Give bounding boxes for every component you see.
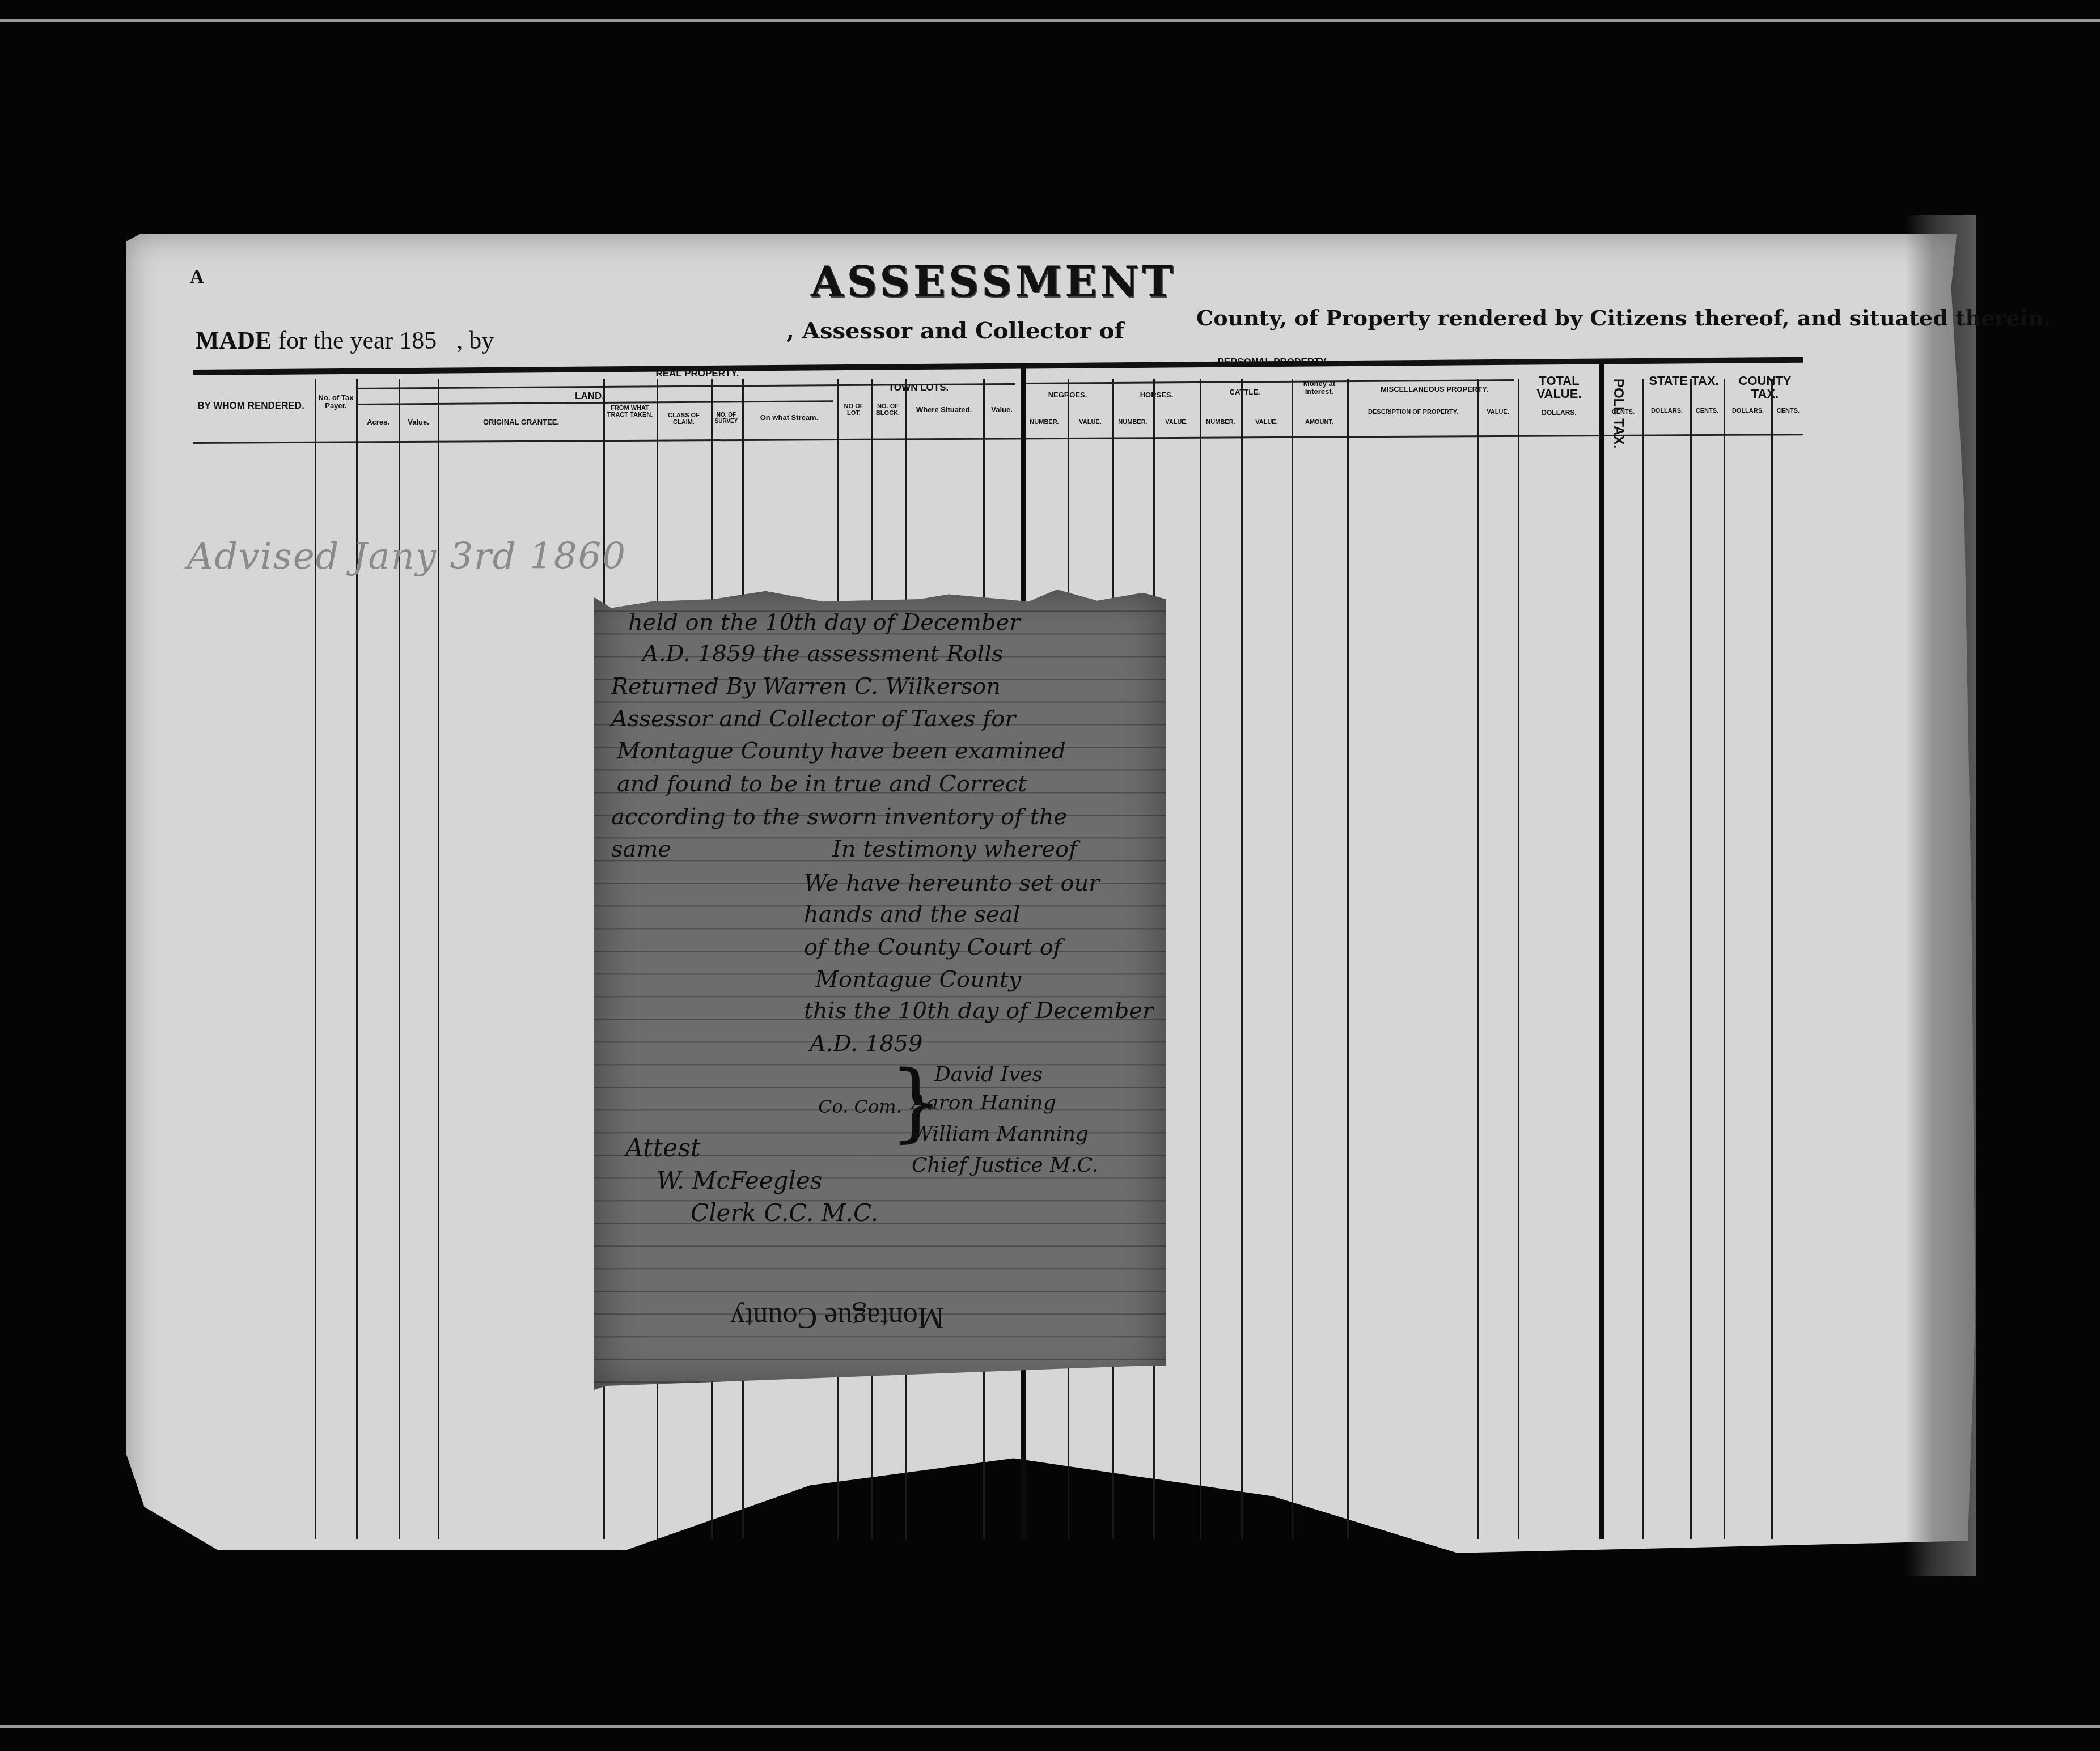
assessor-collector-label: , Assessor and Collector of (786, 317, 1124, 344)
note-line: hands and the seal (804, 901, 1020, 927)
col-no-of-survey: NO. OF SURVEY (712, 413, 741, 425)
made-for-year-line: MADE for the year 185 , by (196, 326, 494, 355)
col-on-what-stream: On what Stream. (743, 414, 836, 422)
corner-mark: A (190, 266, 204, 288)
note-line: We have hereunto set our (804, 870, 1099, 896)
land-header: LAND. (533, 391, 646, 401)
column-line (1477, 379, 1479, 1539)
upside-down-endorsement: Montague County (730, 1301, 944, 1334)
note-line: according to the sworn inventory of the (611, 804, 1067, 830)
note-line: this the 10th day of December (804, 998, 1153, 1024)
year-phrase: for the year 185 (278, 327, 437, 354)
col-horses: HORSES. (1114, 391, 1199, 399)
cattle-value: VALUE. (1242, 419, 1291, 426)
horses-number: NUMBER. (1113, 419, 1152, 426)
column-line (1724, 379, 1725, 1539)
col-by-whom-rendered: BY WHOM RENDERED. (187, 401, 315, 411)
col-class-of-claim: CLASS OF CLAIM. (658, 413, 710, 426)
money-amount: AMOUNT. (1293, 419, 1346, 426)
column-line (1292, 379, 1293, 1539)
misc-description: DESCRIPTION OF PROPERTY. (1349, 409, 1477, 416)
column-line (1690, 379, 1692, 1539)
real-property-header: REAL PROPERTY. (612, 368, 782, 379)
film-frame-bottom-line (0, 1725, 2100, 1728)
made-label: MADE (196, 327, 272, 354)
col-no-tax-payer: No. of Tax Payer. (317, 394, 354, 409)
clerk-name: W. McFeegles (657, 1167, 822, 1194)
column-line (1347, 379, 1349, 1539)
col-no-of-block: NO. OF BLOCK. (872, 404, 904, 417)
note-line: Assessor and Collector of Taxes for (611, 706, 1015, 732)
col-lot-value: Value. (984, 406, 1020, 414)
note-line: and found to be in true and Correct (617, 771, 1027, 797)
col-original-grantee: ORIGINAL GRANTEE. (439, 418, 603, 426)
column-line (1518, 379, 1519, 1539)
negroes-number: NUMBER. (1022, 419, 1066, 426)
note-line: Returned By Warren C. Wilkerson (611, 673, 1001, 699)
column-line (1200, 379, 1201, 1539)
col-county-tax: COUNTY TAX. (1725, 374, 1805, 400)
attest-label: Attest (625, 1134, 701, 1163)
note-line: same (611, 836, 671, 862)
note-line: Montague County (815, 966, 1021, 993)
note-line: of the County Court of (804, 934, 1062, 960)
column-line (1642, 379, 1644, 1539)
pasted-certification-note: held on the 10th day of December A.D. 18… (594, 590, 1166, 1390)
col-where-situated: Where Situated. (906, 406, 982, 414)
negroes-value: VALUE. (1069, 419, 1112, 426)
signatory: David Ives (934, 1063, 1043, 1086)
col-land-value: Value. (400, 418, 437, 426)
cattle-number: NUMBER. (1201, 419, 1240, 426)
document-title: ASSESSMENT (811, 258, 1176, 307)
county-dollars: DOLLARS. (1725, 408, 1771, 415)
col-money-at-interest: Money at Interest. (1293, 380, 1346, 395)
col-total-value: TOTAL VALUE. (1519, 374, 1599, 400)
film-frame-top-line (0, 19, 2100, 22)
column-line-thick (1599, 363, 1604, 1539)
col-no-of-lot: NO OF LOT. (837, 404, 870, 417)
misc-value: VALUE. (1479, 409, 1517, 416)
column-line (1771, 379, 1773, 1539)
note-line: In testimony whereof (832, 836, 1077, 862)
horses-value: VALUE. (1154, 419, 1199, 426)
column-line (1241, 379, 1243, 1539)
state-cents: CENTS. (1691, 408, 1723, 415)
bracket-label: Co. Com. (818, 1096, 902, 1117)
poll-cents: CENTS. (1604, 409, 1642, 416)
col-miscellaneous-property: MISCELLANEOUS PROPERTY. (1349, 385, 1519, 393)
signatory: Chief Justice M.C. (912, 1154, 1098, 1177)
margin-note: Advised Jany 3rd 1860 (187, 536, 626, 578)
county-cents: CENTS. (1772, 408, 1804, 415)
clerk-title: Clerk C.C. M.C. (691, 1199, 878, 1227)
by-label: , by (456, 327, 494, 354)
col-acres: Acres. (358, 418, 398, 426)
total-dollars: DOLLARS. (1519, 409, 1599, 417)
personal-property-header: PERSONAL PROPERTY. (1179, 357, 1366, 367)
county-property-line: County, of Property rendered by Citizens… (1196, 305, 2051, 330)
torn-edge-stain (1905, 215, 1976, 1576)
state-dollars: DOLLARS. (1644, 408, 1690, 415)
col-from-what-tract: FROM WHAT TRACT TAKEN. (604, 405, 655, 418)
note-line: A.D. 1859 the assessment Rolls (642, 641, 1004, 667)
note-line: held on the 10th day of December (628, 609, 1020, 635)
note-line: Montague County have been examined (617, 738, 1066, 764)
col-cattle: CATTLE. (1201, 388, 1289, 396)
col-state-tax: STATE TAX. (1644, 374, 1724, 387)
